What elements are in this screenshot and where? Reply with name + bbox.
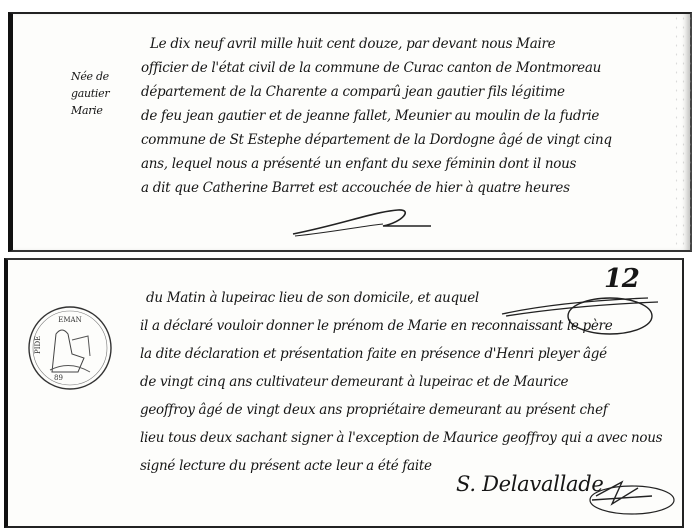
register-page-top: Née de gautier Marie Le dix neuf avril m… [8,12,692,252]
svg-text:EMAN: EMAN [58,316,81,324]
register-page-bottom: 12 EMAN PIDE 89 du Matin à lupeirac lieu… [4,258,684,528]
seal-stamp-icon: EMAN PIDE 89 [26,304,114,392]
entry-line: département de la Charente a comparû jea… [141,84,565,100]
entry-line: Le dix neuf avril mille huit cent douze,… [150,36,555,52]
entry-line: la dite déclaration et présentation fait… [140,346,607,362]
entry-line: geoffroy âgé de vingt deux ans propriéta… [140,402,608,418]
margin-note-line: Marie [71,102,109,119]
entry-line: du Matin à lupeirac lieu de son domicile… [146,290,479,306]
margin-note-line: Née de [71,68,109,85]
scan-noise [673,14,693,250]
flourish-icon [283,204,433,244]
entry-line: lieu tous deux sachant signer à l'except… [140,430,662,446]
margin-note: Née de gautier Marie [71,68,109,119]
svg-text:PIDE: PIDE [34,336,42,354]
margin-note-line: gautier [71,85,109,102]
entry-line: de feu jean gautier et de jeanne fallet,… [141,108,599,124]
entry-line: a dit que Catherine Barret est accouchée… [141,180,570,196]
entry-line: il a déclaré vouloir donner le prénom de… [140,318,612,334]
entry-line: de vingt cinq ans cultivateur demeurant … [140,374,568,390]
signature-paraph-icon [588,470,684,520]
entry-line: officier de l'état civil de la commune d… [141,60,601,76]
svg-text:89: 89 [54,374,63,382]
entry-line: commune de St Estephe département de la … [141,132,612,148]
entry-line: ans, lequel nous a présenté un enfant du… [141,156,576,172]
signature: S. Delavallade [456,472,604,496]
entry-line: signé lecture du présent acte leur a été… [140,458,432,474]
